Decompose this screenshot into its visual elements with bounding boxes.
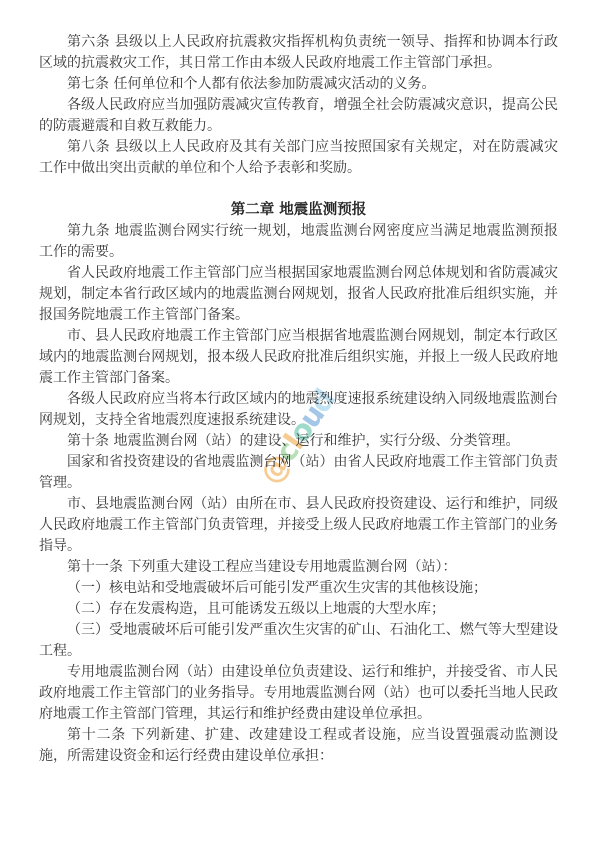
paragraph: 各级人民政府应当将本行政区域内的地震烈度速报系统建设纳入同级地震监测台网规划，支…	[39, 389, 558, 431]
paragraph: 市、县人民政府地震工作主管部门应当根据省地震监测台网规划，制定本行政区域内的地震…	[39, 326, 558, 389]
chapter-heading: 第二章 地震监测预报	[39, 200, 558, 221]
document-page: @cloud 第六条 县级以上人民政府抗震救灾指挥机构负责统一领导、指挥和协调本…	[0, 0, 595, 841]
paragraph: 第八条 县级以上人民政府及其有关部门应当按照国家有关规定，对在防震减灾工作中做出…	[39, 137, 558, 179]
list-item: （三）受地震破坏后可能引发严重次生灾害的矿山、石油化工、燃气等大型建设工程。	[39, 620, 558, 662]
document-content: 第六条 县级以上人民政府抗震救灾指挥机构负责统一领导、指挥和协调本行政区域的抗震…	[39, 32, 558, 767]
paragraph: 第十条 地震监测台网（站）的建设、运行和维护，实行分级、分类管理。	[39, 431, 558, 452]
paragraph: 国家和省投资建设的省地震监测台网（站）由省人民政府地震工作主管部门负责管理。	[39, 452, 558, 494]
paragraph: 第九条 地震监测台网实行统一规划，地震监测台网密度应当满足地震监测预报工作的需要…	[39, 221, 558, 263]
paragraph: 专用地震监测台网（站）由建设单位负责建设、运行和维护，并接受省、市人民政府地震工…	[39, 662, 558, 725]
paragraph: 第十一条 下列重大建设工程应当建设专用地震监测台网（站）：	[39, 557, 558, 578]
paragraph: 第六条 县级以上人民政府抗震救灾指挥机构负责统一领导、指挥和协调本行政区域的抗震…	[39, 32, 558, 74]
paragraph: 第十二条 下列新建、扩建、改建建设工程或者设施，应当设置强震动监测设施，所需建设…	[39, 725, 558, 767]
paragraph: 第七条 任何单位和个人都有依法参加防震减灾活动的义务。	[39, 74, 558, 95]
paragraph: 市、县地震监测台网（站）由所在市、县人民政府投资建设、运行和维护，同级人民政府地…	[39, 494, 558, 557]
list-item: （二）存在发震构造，且可能诱发五级以上地震的大型水库；	[39, 599, 558, 620]
paragraph: 各级人民政府应当加强防震减灾宣传教育，增强全社会防震减灾意识，提高公民的防震避震…	[39, 95, 558, 137]
paragraph: 省人民政府地震工作主管部门应当根据国家地震监测台网总体规划和省防震减灾规划，制定…	[39, 263, 558, 326]
list-item: （一）核电站和受地震破坏后可能引发严重次生灾害的其他核设施；	[39, 578, 558, 599]
